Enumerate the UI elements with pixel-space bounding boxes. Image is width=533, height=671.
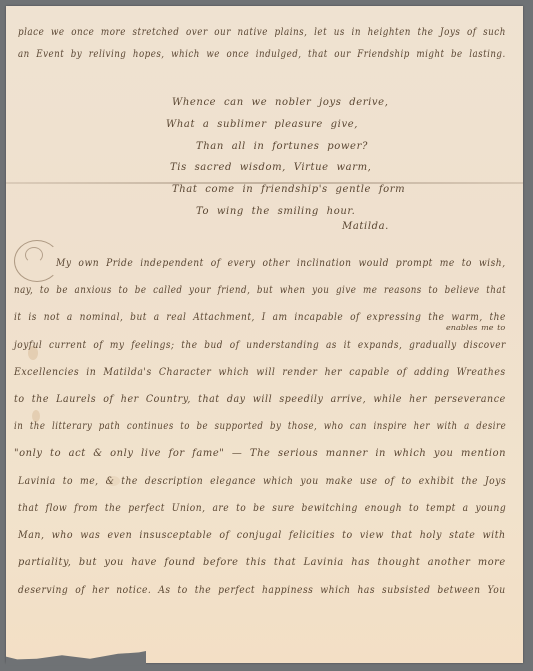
prose-line: in the litterary path continues to be su…: [14, 420, 506, 432]
prose-line: partiality, but you have found before th…: [18, 556, 506, 568]
prose-line: "only to act & only live for fame" — The…: [14, 447, 506, 459]
verse-line: To wing the smiling hour.: [196, 206, 355, 217]
prose-line: that flow from the perfect Union, are to…: [18, 502, 506, 514]
prose-line: Man, who was even insusceptable of conju…: [18, 529, 506, 541]
verse-line: Than all in fortunes power?: [196, 141, 368, 152]
prose-line: Excellencies in Matilda's Character whic…: [14, 366, 506, 378]
verse-line: What a sublimer pleasure give,: [166, 119, 358, 130]
prose-line: My own Pride independent of every other …: [56, 257, 506, 269]
prose-line: joyful current of my feelings; the bud o…: [14, 339, 506, 351]
prose-line: an Event by reliving hopes, which we onc…: [18, 48, 506, 60]
verse-line: Tis sacred wisdom, Virtue warm,: [170, 162, 371, 173]
letter-page: place we once more stretched over our na…: [6, 6, 523, 663]
prose-line: it is not a nominal, but a real Attachme…: [14, 311, 506, 323]
verse-line: That come in friendship's gentle form: [172, 184, 405, 195]
verse-line: Whence can we nobler joys derive,: [172, 97, 388, 108]
signature: Matilda.: [342, 221, 389, 232]
prose-line: deserving of her notice. As to the perfe…: [18, 584, 506, 596]
torn-edge: [6, 651, 146, 665]
prose-line: to the Laurels of her Country, that day …: [14, 393, 506, 405]
prose-line: Lavinia to me, & the description eleganc…: [18, 475, 506, 487]
interlinear-insertion: enables me to: [446, 324, 505, 332]
decorative-initial-flourish: [14, 240, 60, 282]
prose-line: nay, to be anxious to be called your fri…: [14, 284, 506, 296]
prose-line: place we once more stretched over our na…: [18, 26, 506, 38]
